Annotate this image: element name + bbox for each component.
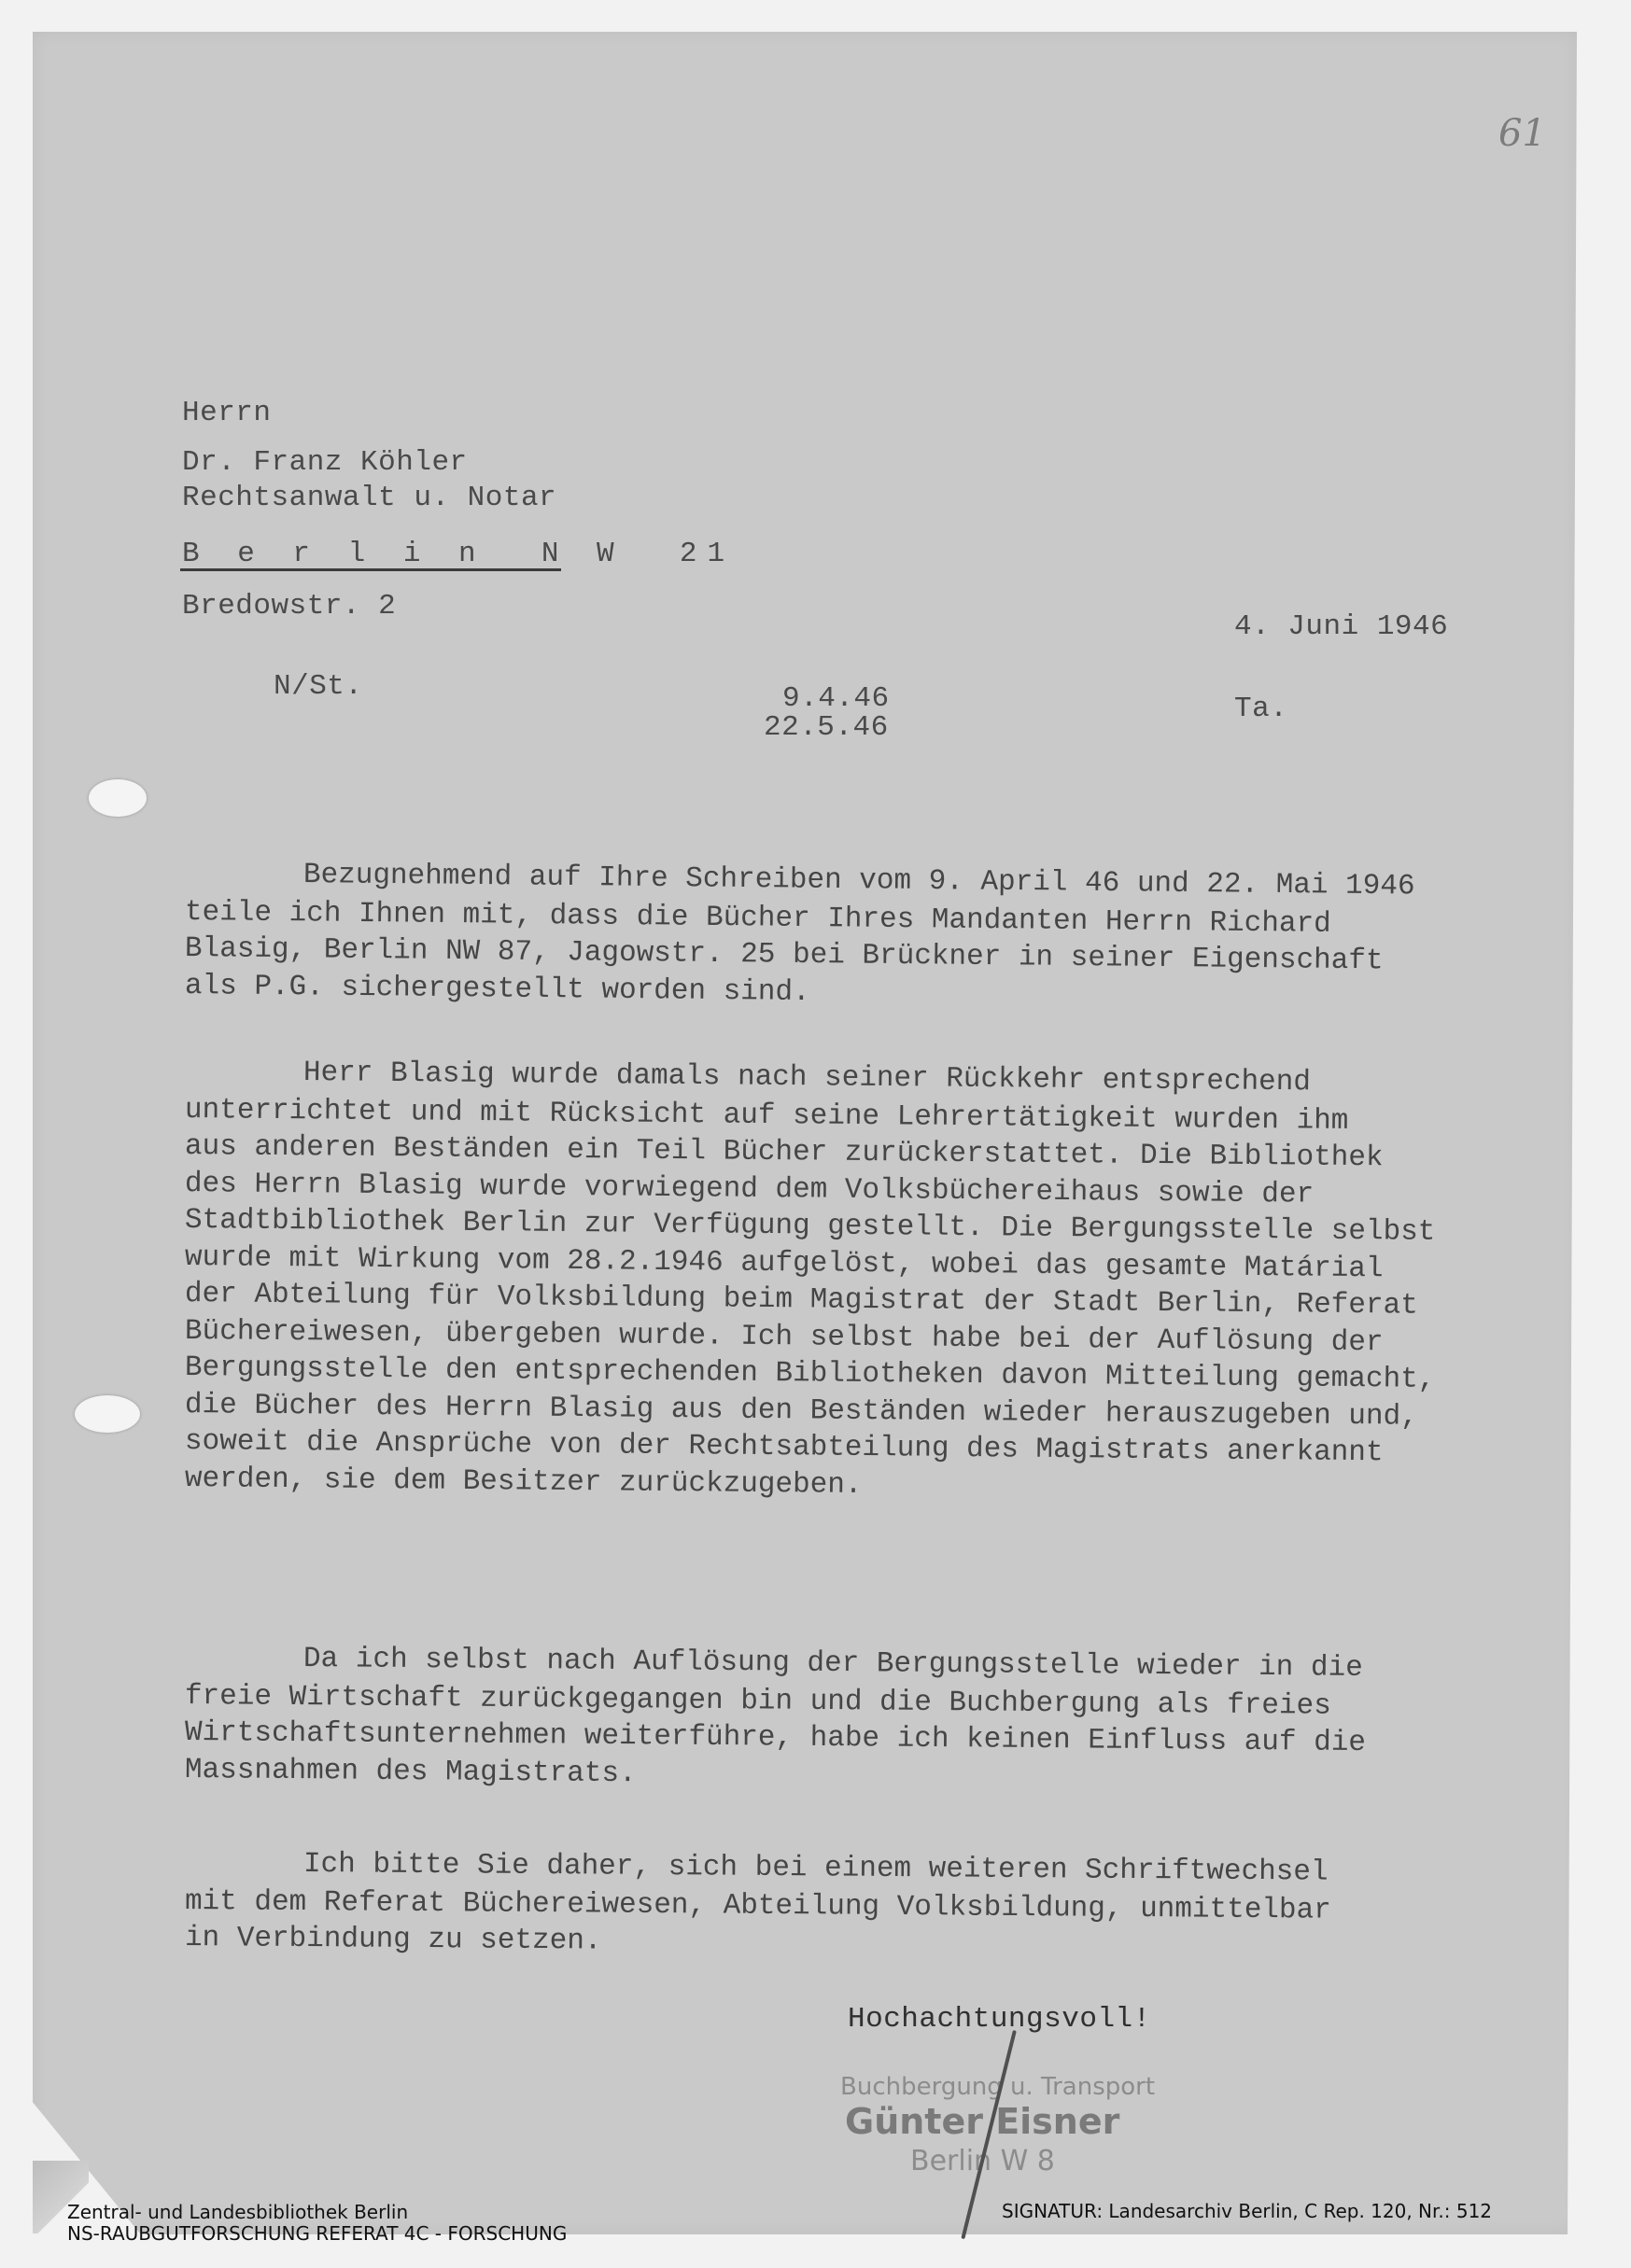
punch-hole-bottom — [75, 1395, 140, 1433]
footer-library-name: Zentral- und Landesbibliothek Berlin — [67, 2201, 408, 2223]
body-line: werden, sie dem Besitzer zurückzugeben. — [185, 1463, 863, 1502]
recipient-name: Dr. Franz Köhler — [182, 446, 468, 479]
body-line: Massnahmen des Magistrats. — [185, 1754, 637, 1790]
letter-date: 4. Juni 1946 — [1234, 610, 1448, 643]
closing: Hochachtungsvoll! — [848, 2003, 1151, 2036]
stamp-line-2: Günter Eisner — [845, 2101, 1119, 2142]
punch-hole-top — [89, 779, 147, 817]
recipient-city: B e r l i n N W 21 — [182, 538, 735, 570]
city-underline — [180, 568, 561, 571]
footer-signatur: SIGNATUR: Landesarchiv Berlin, C Rep. 12… — [1002, 2200, 1492, 2222]
page-number-pencil: 61 — [1498, 112, 1546, 155]
reference-date-2: 22.5.46 — [764, 711, 889, 744]
reference-left: N/St. — [274, 670, 363, 703]
body-line: in Verbindung zu setzen. — [185, 1922, 602, 1958]
footer-department: NS-RAUBGUTFORSCHUNG REFERAT 4C - FORSCHU… — [67, 2222, 567, 2245]
body-line: als P.G. sichergestellt worden sind. — [185, 970, 810, 1009]
recipient-salutation: Herrn — [182, 397, 272, 429]
reference-date-1: 9.4.46 — [782, 682, 890, 715]
reference-right: Ta. — [1234, 693, 1287, 725]
recipient-title: Rechtsanwalt u. Notar — [182, 482, 556, 514]
recipient-street: Bredowstr. 2 — [182, 590, 396, 623]
